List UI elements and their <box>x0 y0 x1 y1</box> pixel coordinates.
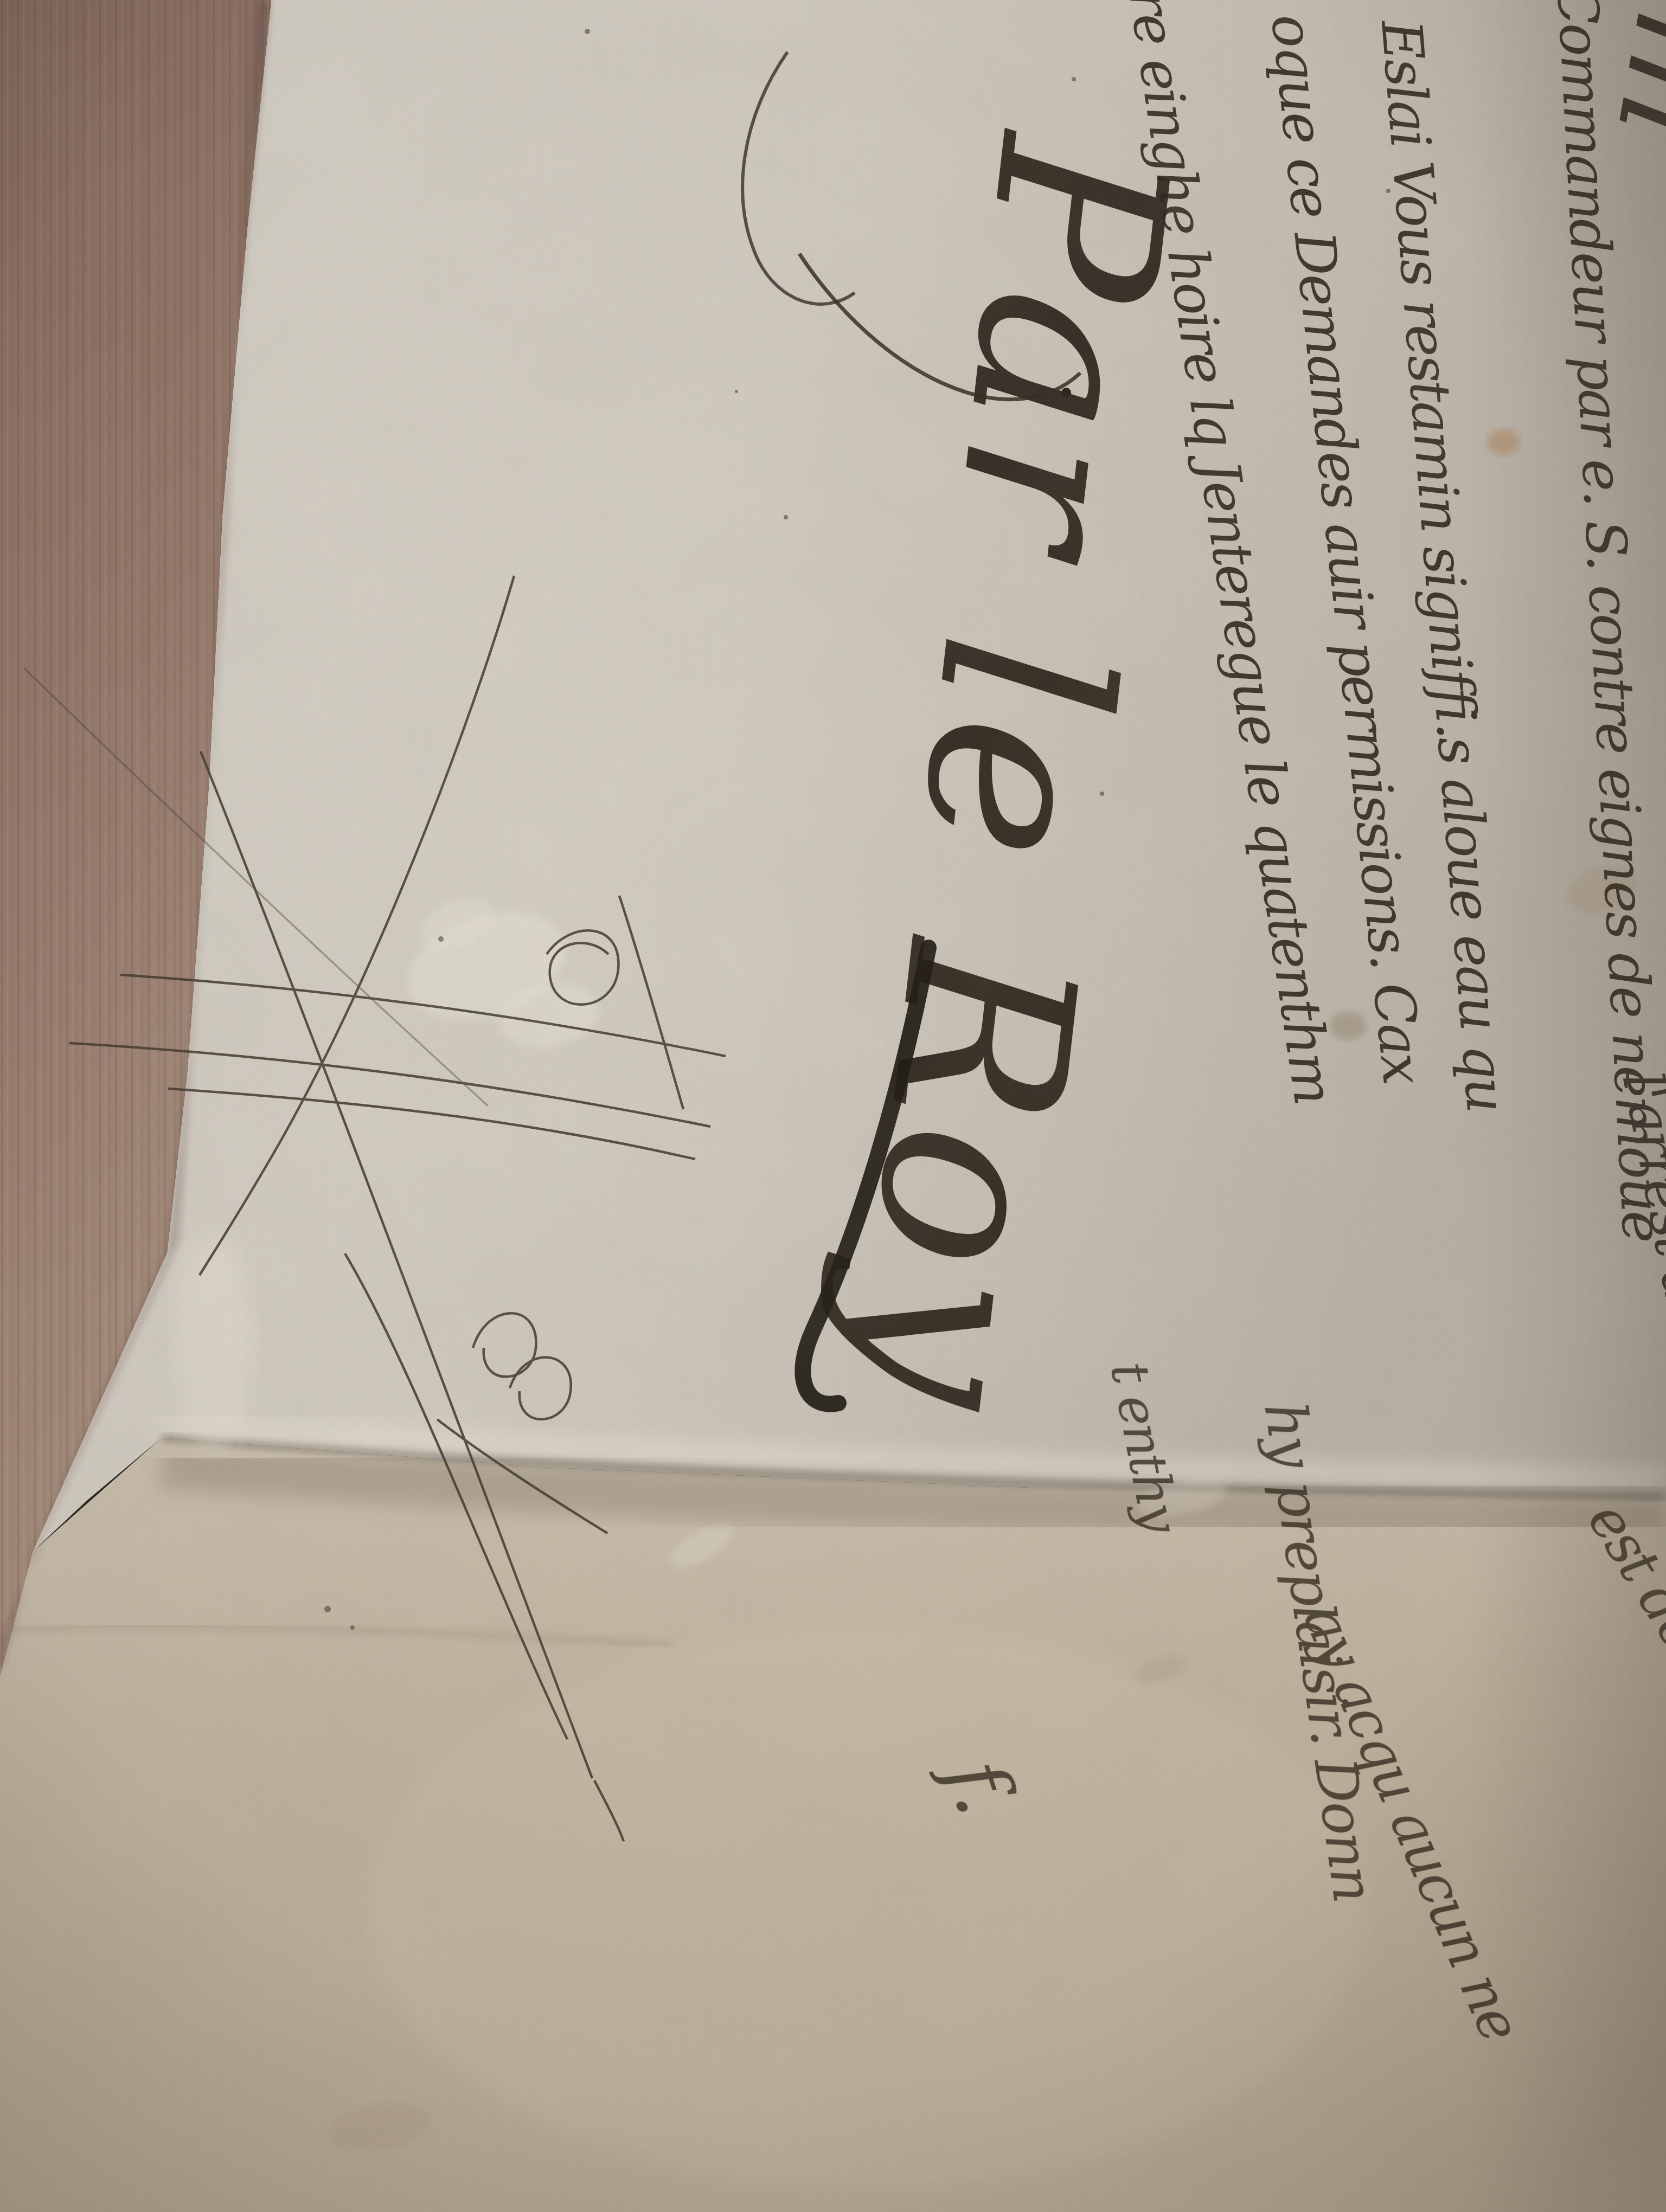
vignette <box>0 0 1666 2212</box>
photo-of-manuscript: Commandeur par e. S. contre eignes de ne… <box>0 0 1666 2212</box>
manuscript-photo-canvas: Commandeur par e. S. contre eignes de ne… <box>0 0 1666 2212</box>
